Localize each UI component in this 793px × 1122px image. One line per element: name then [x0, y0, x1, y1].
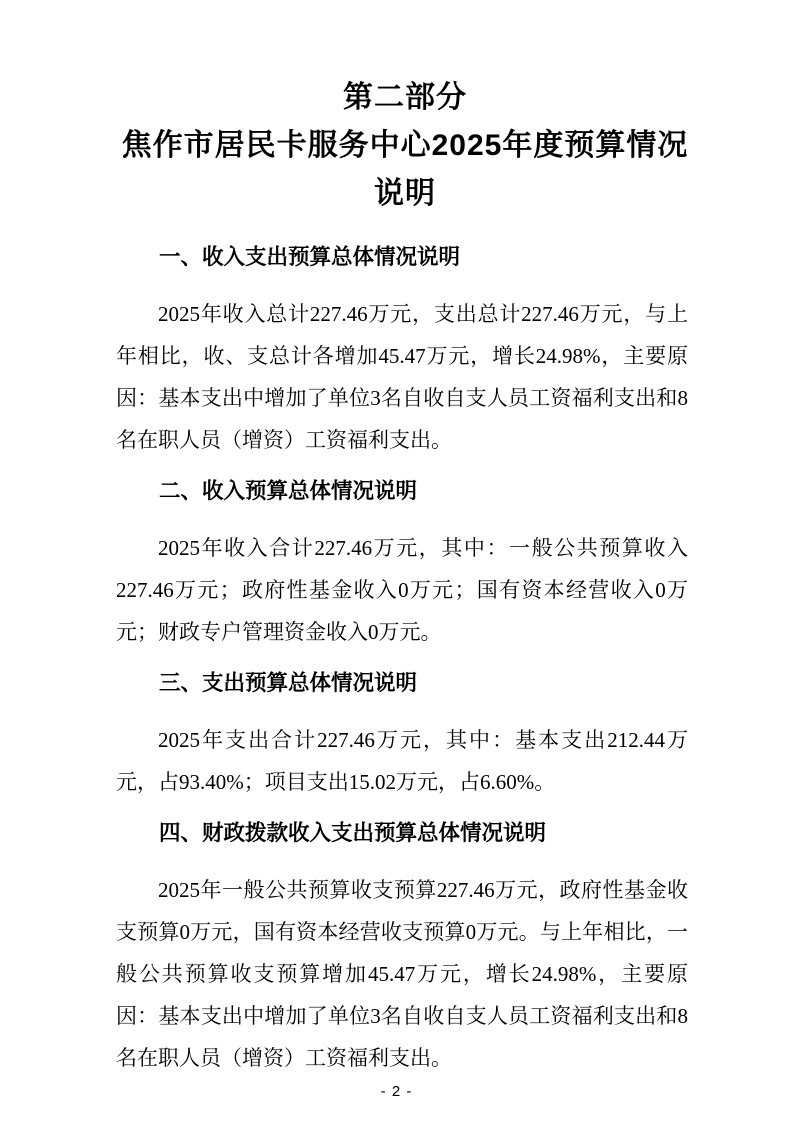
section-heading-2: 二、收入预算总体情况说明 [116, 474, 688, 508]
section-paragraph-2: 2025年收入合计227.46万元，其中：一般公共预算收入227.46万元；政府… [116, 527, 688, 653]
page-number: - 2 - [0, 1083, 793, 1100]
section-income-budget-overview: 二、收入预算总体情况说明 2025年收入合计227.46万元，其中：一般公共预算… [116, 474, 688, 653]
section-paragraph-4: 2025年一般公共预算收支预算227.46万元，政府性基金收支预算0万元，国有资… [116, 869, 688, 1079]
document-subtitle: 焦作市居民卡服务中心2025年度预算情况说明 [116, 122, 694, 218]
document-part-title: 第二部分 [116, 74, 694, 122]
section-heading-1: 一、收入支出预算总体情况说明 [116, 240, 688, 274]
section-heading-4: 四、财政拨款收入支出预算总体情况说明 [116, 816, 688, 850]
section-income-expenditure-overview: 一、收入支出预算总体情况说明 2025年收入总计227.46万元，支出总计227… [116, 240, 688, 461]
section-heading-3: 三、支出预算总体情况说明 [116, 666, 688, 700]
section-paragraph-1: 2025年收入总计227.46万元，支出总计227.46万元，与上年相比，收、支… [116, 293, 688, 461]
section-expenditure-budget-overview: 三、支出预算总体情况说明 2025年支出合计227.46万元，其中：基本支出21… [116, 666, 688, 803]
document-title-block: 第二部分 焦作市居民卡服务中心2025年度预算情况说明 [116, 74, 694, 218]
section-paragraph-3: 2025年支出合计227.46万元，其中：基本支出212.44万元，占93.40… [116, 719, 688, 803]
section-fiscal-appropriation-overview: 四、财政拨款收入支出预算总体情况说明 2025年一般公共预算收支预算227.46… [116, 816, 688, 1079]
document-page: 第二部分 焦作市居民卡服务中心2025年度预算情况说明 一、收入支出预算总体情况… [0, 0, 793, 1122]
